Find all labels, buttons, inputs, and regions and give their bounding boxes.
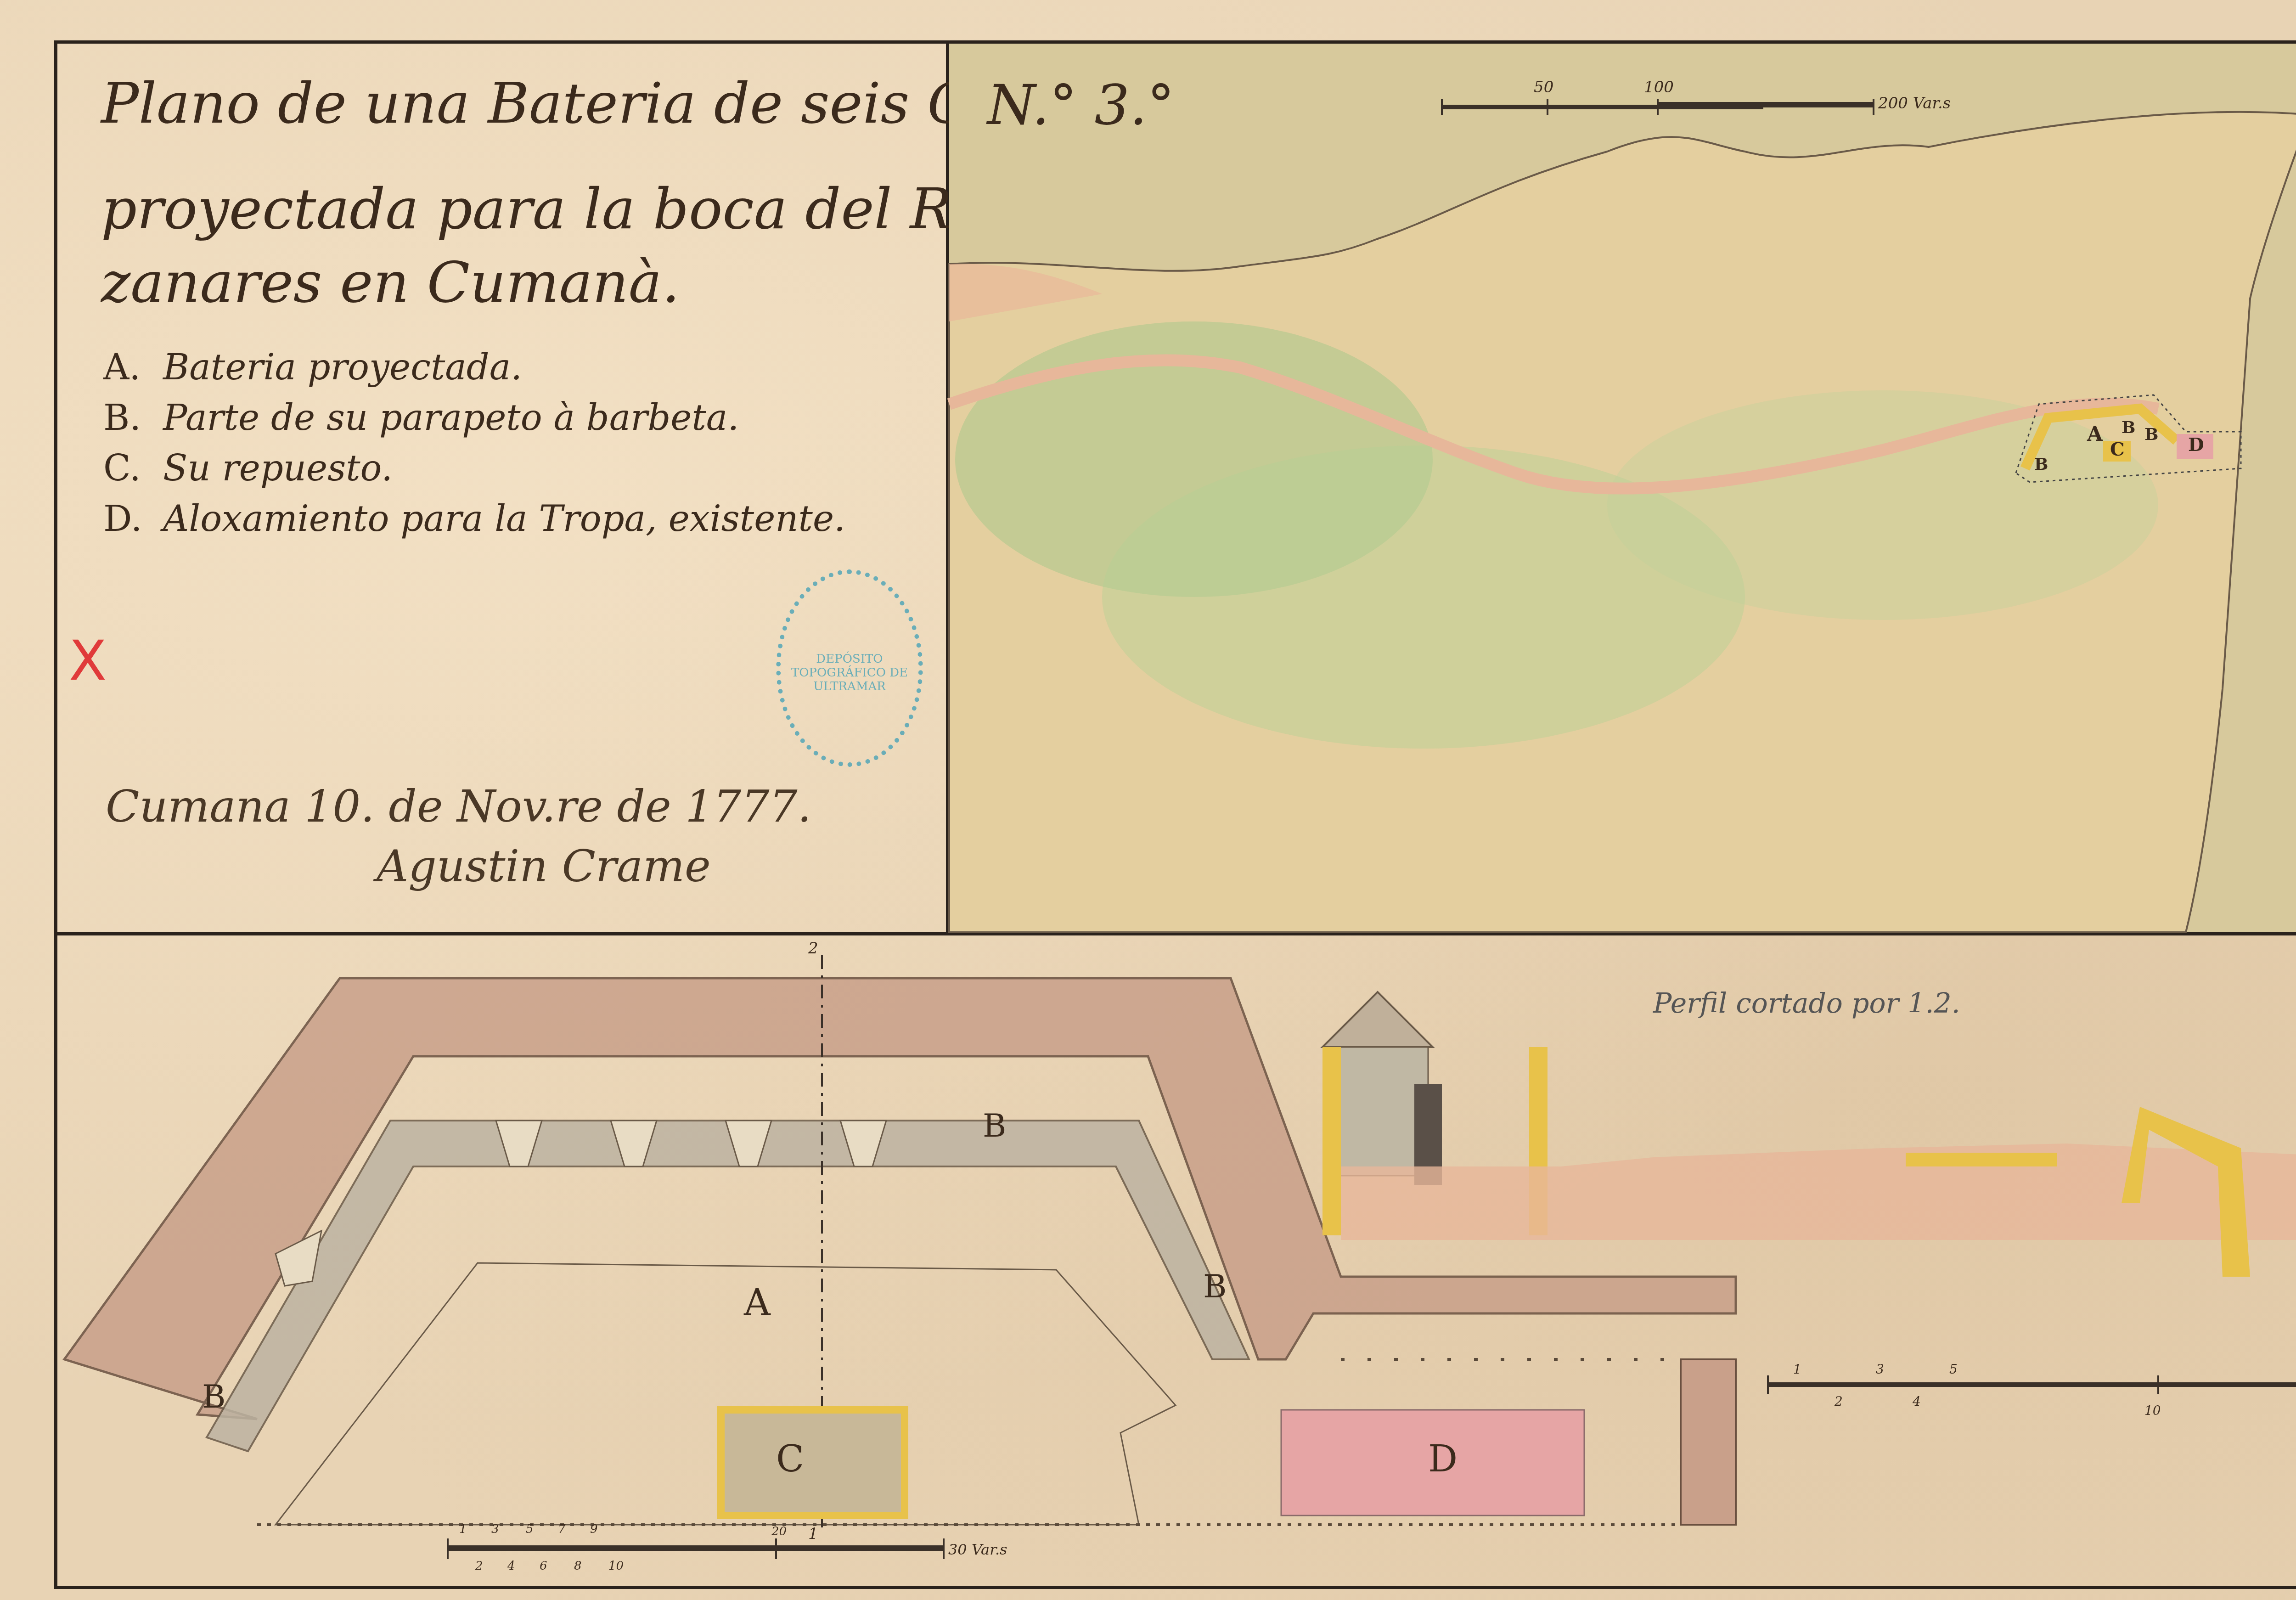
plan-scale-end: 30 Var.s [948,1541,1007,1558]
plan-label-d: D [1428,1437,1458,1480]
plan-label-b: B [983,1107,1006,1144]
plan-scale-tick: 5 [526,1522,534,1536]
plan-scale-tick: 1 [459,1522,467,1536]
section-mark-2: 2 [808,939,818,958]
battery-plan-drawing [0,0,2296,1600]
plan-label-b: B [202,1378,225,1415]
parapet-profile [1906,1153,2057,1166]
parapet [207,1121,1249,1451]
plan-scale-tick: 8 [574,1559,582,1573]
profile-scale-tick: 3 [1876,1362,1884,1377]
profile-scale-bar [1768,1375,2296,1394]
plan-scale-tick: 20 [771,1525,787,1538]
profile-title: Perfil cortado por 1.2. [1653,987,1960,1020]
ground-profile [1341,1144,2296,1240]
plan-label-c: C [776,1437,804,1480]
plan-scale-tick: 10 [608,1559,624,1573]
profile-scale-tick: 4 [1913,1394,1921,1409]
plan-scale-tick: 6 [540,1559,547,1573]
profile-scale-tick: 5 [1949,1362,1958,1377]
enclosure-wall [1681,1359,1736,1525]
guardhouse-roof [1322,992,1433,1047]
plan-label-b: B [1203,1268,1227,1305]
plan-scale-tick: 3 [491,1522,499,1536]
section-mark-1: 1 [808,1525,818,1543]
plan-scale-tick: 9 [590,1522,598,1536]
map-sheet: Plano de una Bateria de seis Cañones, pr… [0,0,2296,1600]
profile-drawing [1322,992,2296,1281]
magazine-c [721,1410,905,1515]
profile-scale-tick: 1 [1793,1362,1801,1377]
plan-scale-tick: 2 [475,1559,483,1573]
wall-section-left [1322,1047,1341,1235]
plan-scale-tick: 4 [507,1559,515,1573]
guardhouse-body [1332,1047,1428,1176]
plan-scale-bar [448,1538,944,1559]
profile-scale-tick: 2 [1835,1394,1843,1409]
profile-scale-tick: 10 [2144,1403,2161,1418]
plan-scale-tick: 7 [558,1522,566,1536]
plan-label-a: A [744,1281,771,1324]
